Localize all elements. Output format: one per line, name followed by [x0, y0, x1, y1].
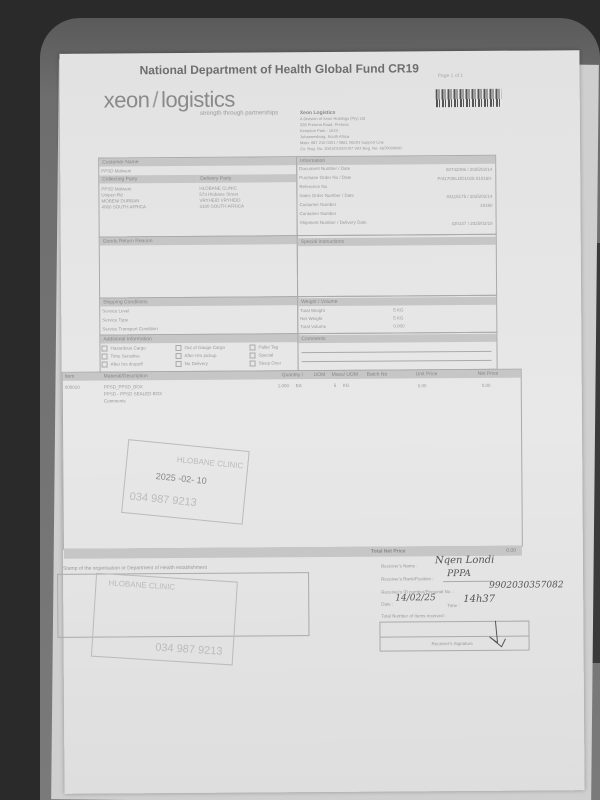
- info-label: Reference No: [299, 184, 327, 189]
- checkbox-item[interactable]: After hrs dropoff: [102, 361, 143, 367]
- checkbox[interactable]: [250, 360, 256, 366]
- collecting-line: Unipen Rd: [101, 192, 122, 197]
- column-header: Mass/ UOM: [332, 372, 358, 378]
- address-line: A Division of Xeon Holdings (Pty) Ltd: [300, 116, 365, 121]
- document-title: National Department of Health Global Fun…: [139, 61, 418, 77]
- info-label: Container Number: [300, 211, 337, 216]
- checkbox[interactable]: [101, 345, 107, 351]
- checkbox-label: No Delivery: [185, 361, 208, 366]
- cell-net-price: 0.00: [482, 383, 491, 388]
- column-header: Net Price: [478, 371, 499, 377]
- service-transport-label: Service Transport Condition: [102, 326, 158, 331]
- checkbox-item[interactable]: After Hrs pickup: [176, 353, 217, 359]
- info-label: Shipment Number / Delivery Date: [300, 220, 367, 225]
- address-line: Kempton Park - 1619: [300, 128, 338, 133]
- receiver-rank-label: Receiver's Rank/Position :: [381, 576, 433, 581]
- delivery-note: National Department of Health Global Fun…: [59, 50, 584, 794]
- goods-return-header: Goods Return Reason: [100, 236, 297, 245]
- cell-material: PPSD_PPSD_BOX: [104, 384, 143, 389]
- weight-volume-header: Weight / Volume: [298, 297, 496, 306]
- checkbox[interactable]: [249, 344, 255, 350]
- checkbox-label: Hazardous Cargo: [110, 345, 145, 350]
- delivery-party: HLOBANE CLINIC 573 Hlobane Street VRYHEI…: [199, 186, 244, 210]
- stamp-line: HLOBANE CLINIC: [108, 579, 175, 592]
- info-value: 80742006 / 2025/02/14: [446, 167, 492, 172]
- rank-underline: [443, 581, 493, 582]
- address-line: Main: 087 210 0301 / 0861 XEON Support L…: [300, 140, 384, 146]
- cell-description: PPSD - PPSD SEALED BOX: [104, 391, 162, 396]
- checkbox-item[interactable]: Time Sensitive: [102, 353, 140, 359]
- signature-scribble: [475, 619, 515, 651]
- info-label: Sales Order Number / Date: [299, 193, 354, 198]
- weight-label: Total Volume: [300, 324, 326, 329]
- checkbox[interactable]: [175, 345, 181, 351]
- delivery-line: 573 Hlobane Street: [199, 192, 238, 197]
- delivery-party-header: Delivery Party: [197, 174, 296, 183]
- checkbox-item[interactable]: No Delivery: [176, 361, 208, 367]
- address-line: Johannesburg, South Africa: [300, 134, 349, 139]
- items-received-label: Total Number of Items received :: [381, 613, 446, 618]
- column-header: Unit Price: [416, 371, 438, 377]
- collecting-line: PPSD Molweni: [101, 186, 131, 191]
- total-net-price-label: Total Net Price: [371, 546, 406, 556]
- address-line: 328 Pretoria Road, Pretoria: [300, 122, 349, 127]
- checkbox-label: Out of Gauge Cargo: [184, 345, 225, 350]
- delivery-line: VRYHEID VRYHEID: [199, 198, 240, 203]
- receiver-name-label: Receiver's Name :: [381, 563, 418, 568]
- receiver-id-value[interactable]: 9902030357082: [489, 580, 564, 591]
- signature-label: Receiver's Signature: [432, 641, 473, 646]
- page-number: Page 1 of 1: [438, 73, 464, 79]
- stamp-phone: 034 987 9213: [155, 642, 223, 658]
- cell-uom: EA: [296, 383, 302, 388]
- comments-header: Comments: [298, 334, 496, 343]
- weight-label: Total Weight: [300, 308, 325, 313]
- collecting-party: PPSD Molweni Unipen Rd MOBENI DURBAN 406…: [101, 186, 146, 210]
- delivery-line: 3100 SOUTH AFRICA: [199, 204, 244, 209]
- shipping-conditions-header: Shipping Conditions: [100, 297, 297, 306]
- checkbox-label: After Hrs pickup: [185, 353, 217, 358]
- collecting-line: MOBENI DURBAN: [101, 198, 139, 203]
- additional-info-header: Additional Information: [100, 334, 297, 343]
- logo-right: logistics: [161, 87, 235, 113]
- section-stamp: HLOBANE CLINIC 034 987 9213: [91, 573, 238, 666]
- column-header: Material/Description: [104, 373, 148, 379]
- information-header: Information: [297, 156, 495, 165]
- time-value[interactable]: 14h37: [463, 594, 495, 605]
- customer-header: Customer Name: [99, 157, 296, 166]
- receiver-name-value[interactable]: Nqen Londi: [435, 555, 494, 566]
- cell-mass: 5: [334, 383, 337, 388]
- checkbox-item[interactable]: Sleep Over: [250, 360, 282, 366]
- date-label: Date :: [381, 602, 393, 607]
- weight-value: 5 KG: [393, 307, 403, 312]
- company-address: Xeon Logistics A Division of Xeon Holdin…: [300, 109, 402, 152]
- cell-unit-price: 0.00: [418, 383, 427, 388]
- date-value[interactable]: 14/02/25: [395, 593, 435, 603]
- cell-item: 000010: [65, 385, 80, 390]
- weight-value: 5 KG: [393, 315, 403, 320]
- checkbox[interactable]: [102, 361, 108, 367]
- column-header: UOM: [314, 372, 326, 378]
- column-header: Quantity /: [282, 372, 303, 378]
- stamp-line: HLOBANE CLINIC: [176, 455, 243, 470]
- collecting-party-header: Collecting Party: [99, 175, 197, 184]
- cell-comments-label: Comments: [104, 398, 126, 403]
- checkbox-item[interactable]: Pallet Tag: [249, 344, 278, 350]
- stamp-phone: 034 987 9213: [129, 491, 197, 510]
- column-header: Batch No: [367, 372, 388, 378]
- info-label: Customer Number: [299, 202, 336, 207]
- weight-value: 0.000: [393, 323, 404, 328]
- clinic-stamp: HLOBANE CLINIC 2025 -02- 10 034 987 9213: [121, 439, 250, 525]
- checkbox-item[interactable]: Out of Gauge Cargo: [175, 345, 225, 351]
- cell-mass-uom: KG: [343, 383, 350, 388]
- checkbox-label: Sleep Over: [259, 360, 282, 365]
- checkbox-label: Time Sensitive: [111, 353, 140, 358]
- address-line: Co. Reg. No: 2001/010297/07 VAT Reg. No:…: [300, 145, 402, 151]
- info-label: Purchase Order No / Date: [299, 175, 351, 180]
- checkbox[interactable]: [250, 352, 256, 358]
- service-type-label: Service Type: [102, 317, 128, 322]
- checkbox[interactable]: [102, 353, 108, 359]
- time-label: Time :: [447, 603, 459, 608]
- info-value: 83115175 / 2025/02/14: [446, 194, 492, 199]
- info-value: P/417006.DD1025.010160-: [437, 176, 492, 181]
- weight-label: Net Weight: [300, 316, 322, 321]
- receiver-rank-value[interactable]: PPPA: [447, 569, 471, 579]
- barcode: [436, 89, 502, 107]
- checkbox-item[interactable]: Hazardous Cargo: [101, 345, 145, 351]
- service-level-label: Service Level: [102, 308, 129, 313]
- company-logo: xeon/logistics: [104, 87, 235, 114]
- stamp-section-label: Stamp of the organisation or Department …: [63, 565, 207, 572]
- checkbox-label: Pallet Tag: [258, 344, 278, 349]
- info-value: 420147 / 2025/02/18: [451, 221, 492, 226]
- checkbox-label: Special: [259, 353, 274, 358]
- checkbox[interactable]: [176, 361, 182, 367]
- info-value: 19190: [480, 203, 493, 208]
- checkbox-label: After hrs dropoff: [111, 361, 143, 366]
- logo-left: xeon: [104, 87, 150, 112]
- collecting-line: 4060 SOUTH AFRICA: [101, 204, 146, 209]
- special-instructions-header: Special Instructions: [298, 237, 496, 246]
- tagline: strength through partnerships: [200, 110, 278, 117]
- checkbox[interactable]: [176, 353, 182, 359]
- cell-quantity: 1.000: [278, 383, 289, 388]
- total-net-price-value: 0.00: [506, 546, 516, 556]
- stamp-date: 2025 -02- 10: [155, 471, 207, 486]
- customer-name: PPSD Molweni: [101, 168, 131, 173]
- column-header: Item: [65, 374, 75, 380]
- checkbox-item[interactable]: Special: [250, 352, 274, 358]
- delivery-line: HLOBANE CLINIC: [199, 186, 237, 191]
- info-label: Document Number / Date: [299, 166, 350, 171]
